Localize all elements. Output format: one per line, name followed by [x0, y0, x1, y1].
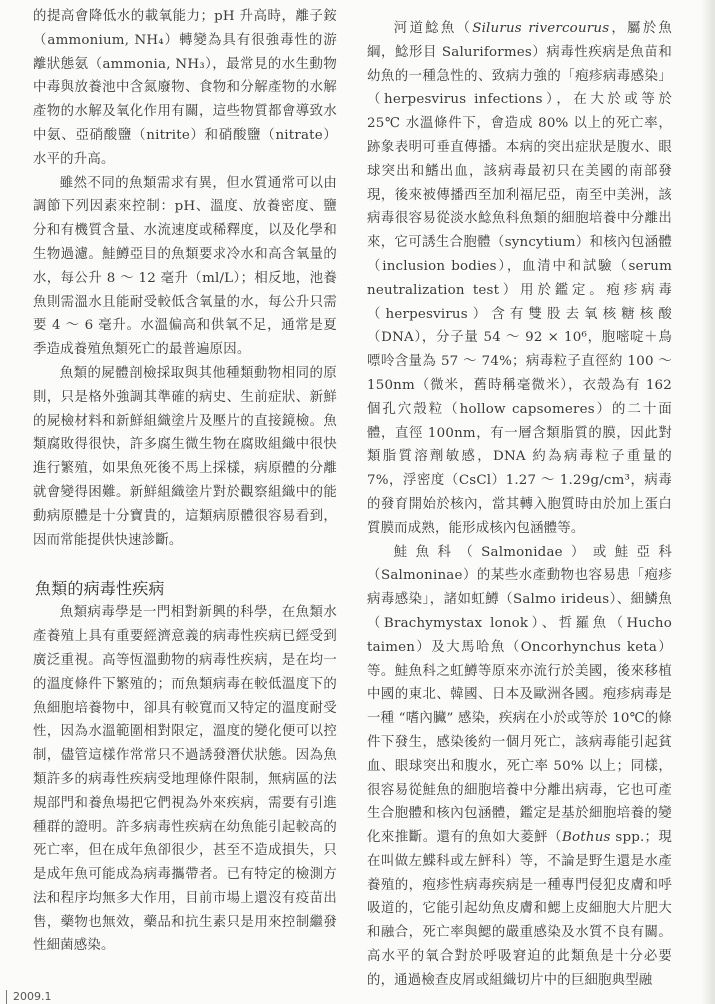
- paragraph-water-quality: 雖然不同的魚類需求有異，但水質通常可以由調節下列因素來控制：pH、溫度、放養密度…: [33, 172, 337, 362]
- section-heading: 魚類的病毒性疾病: [35, 578, 337, 600]
- text-segment: spp.；現在叫做左鰈科或左鮃科）等，不論是野生還是水產養殖的，疱疹性病毒疾病是…: [367, 830, 672, 988]
- genus-name-italic: Bothus: [562, 830, 611, 845]
- page-edge-shadow: [701, 0, 715, 1004]
- paragraph-salmonid-herpesvirus: 鮭魚科（Salmonidae）或鮭亞科（Salmoninae）的某些水產動物也容…: [367, 541, 672, 993]
- left-column: 的提高會降低水的載氧能力；pH 升高時，離子銨（ammonium, NH₄）轉變…: [33, 5, 337, 958]
- paragraph-water-ammonia: 的提高會降低水的載氧能力；pH 升高時，離子銨（ammonium, NH₄）轉變…: [33, 5, 337, 172]
- paragraph-fish-virology: 魚類病毒學是一門相對新興的科學，在魚類水產養殖上具有重要經濟意義的病毒性疾病已經…: [33, 601, 337, 958]
- paragraph-necropsy: 魚類的屍體剖檢採取與其他種類動物相同的原則，只是格外強調其準確的病史、生前症狀、…: [33, 362, 337, 552]
- text-segment: 河道鯰魚（: [394, 21, 472, 36]
- text-segment: 鮭魚科（Salmonidae）或鮭亞科（Salmoninae）的某些水產動物也容…: [367, 545, 672, 846]
- page-footer-issue: 2009.1: [6, 990, 52, 1004]
- species-name-italic: Silurus rivercourus: [472, 21, 609, 36]
- right-column: 河道鯰魚（Silurus rivercourus，屬於魚綱，鯰形目 Saluri…: [367, 17, 672, 993]
- paragraph-catfish-herpesvirus: 河道鯰魚（Silurus rivercourus，屬於魚綱，鯰形目 Saluri…: [367, 17, 672, 541]
- text-segment: ，屬於魚綱，鯰形目 Saluriformes）病毒性疾病是魚苗和幼魚的一種急性的…: [367, 21, 672, 536]
